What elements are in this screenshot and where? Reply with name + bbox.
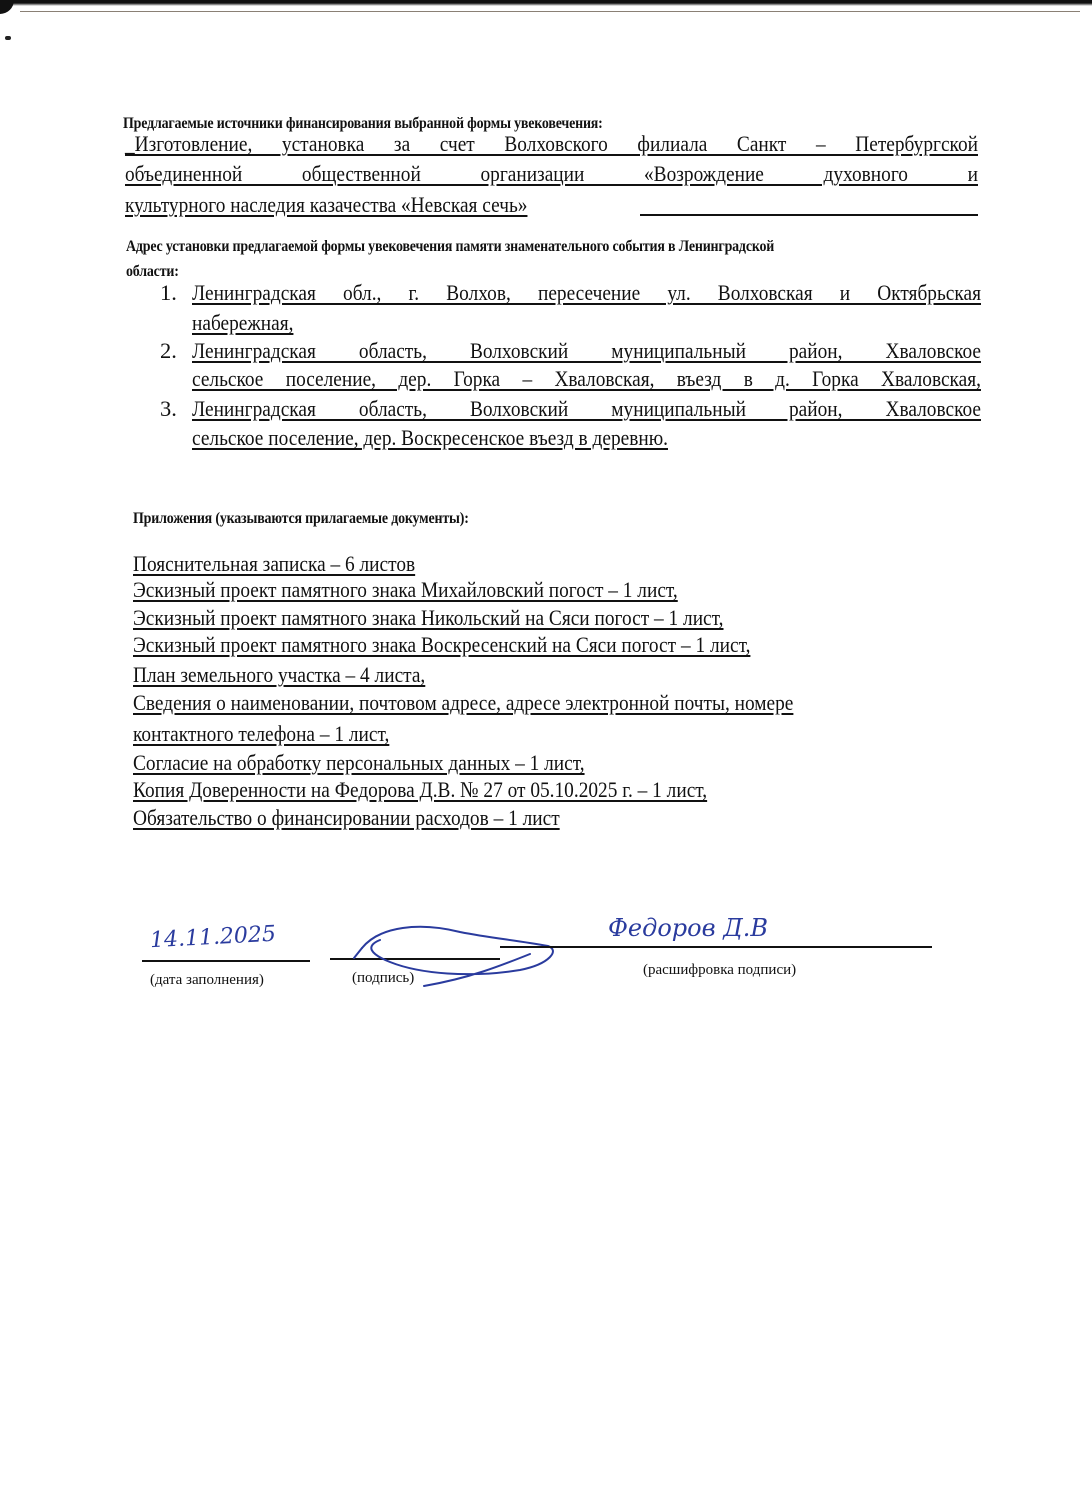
name-caption: (расшифровка подписи) — [643, 962, 796, 979]
attachment-item: контактного телефона – 1 лист, — [133, 721, 389, 747]
scan-corner-shadow — [0, 0, 14, 14]
attachments-heading: Приложения (указываются прилагаемые доку… — [133, 510, 469, 528]
address-item-3-line1: Ленинградская область, Волховский муници… — [192, 396, 981, 422]
address-item-2-line2: сельское поселение, дер. Горка – Хваловс… — [192, 366, 981, 392]
attachment-item: Эскизный проект памятного знака Воскресе… — [133, 632, 750, 658]
address-item-1-line1: Ленинградская обл., г. Волхов, пересечен… — [192, 280, 981, 306]
address-item-1-line2: набережная, — [192, 310, 293, 336]
scan-fold-line — [20, 11, 1080, 12]
name-rule — [500, 946, 932, 948]
address-item-3-line2: сельское поселение, дер. Воскресенское в… — [192, 425, 668, 451]
funding-blank-rule — [640, 214, 978, 216]
attachment-item: Эскизный проект памятного знака Никольск… — [133, 605, 723, 631]
attachment-item: Сведения о наименовании, почтовом адресе… — [133, 690, 793, 716]
scan-speck — [5, 36, 11, 40]
attachment-item: План земельного участка – 4 листа, — [133, 662, 425, 688]
address-item-2-line1: Ленинградская область, Волховский муници… — [192, 338, 981, 364]
funding-line-3: культурного наследия казачества «Невская… — [125, 192, 527, 218]
address-item-2-number: 2. — [160, 338, 177, 364]
attachment-item: Согласие на обработку персональных данны… — [133, 750, 585, 776]
date-rule — [142, 960, 310, 962]
address-item-3-number: 3. — [160, 396, 177, 422]
handwritten-date: 14.11.2025 — [149, 922, 276, 954]
signature-caption: (подпись) — [352, 970, 414, 987]
funding-line-1: _Изготовление, установка за счет Волховс… — [125, 131, 978, 157]
scan-top-edge — [0, 0, 1092, 6]
handwritten-name: Федоров Д.В — [608, 914, 768, 942]
attachment-item: Обязательство о финансировании расходов … — [133, 805, 560, 831]
address-heading-line1: Адрес установки предлагаемой формы увеко… — [126, 238, 774, 256]
attachment-item: Эскизный проект памятного знака Михайлов… — [133, 577, 678, 603]
date-caption: (дата заполнения) — [150, 972, 264, 989]
attachment-item: Копия Доверенности на Федорова Д.В. № 27… — [133, 777, 707, 803]
attachment-item: Пояснительная записка – 6 листов — [133, 551, 415, 577]
funding-line-2: объединенной общественной организации «В… — [125, 161, 978, 187]
address-heading-line2: области: — [126, 263, 179, 281]
address-item-1-number: 1. — [160, 280, 177, 306]
